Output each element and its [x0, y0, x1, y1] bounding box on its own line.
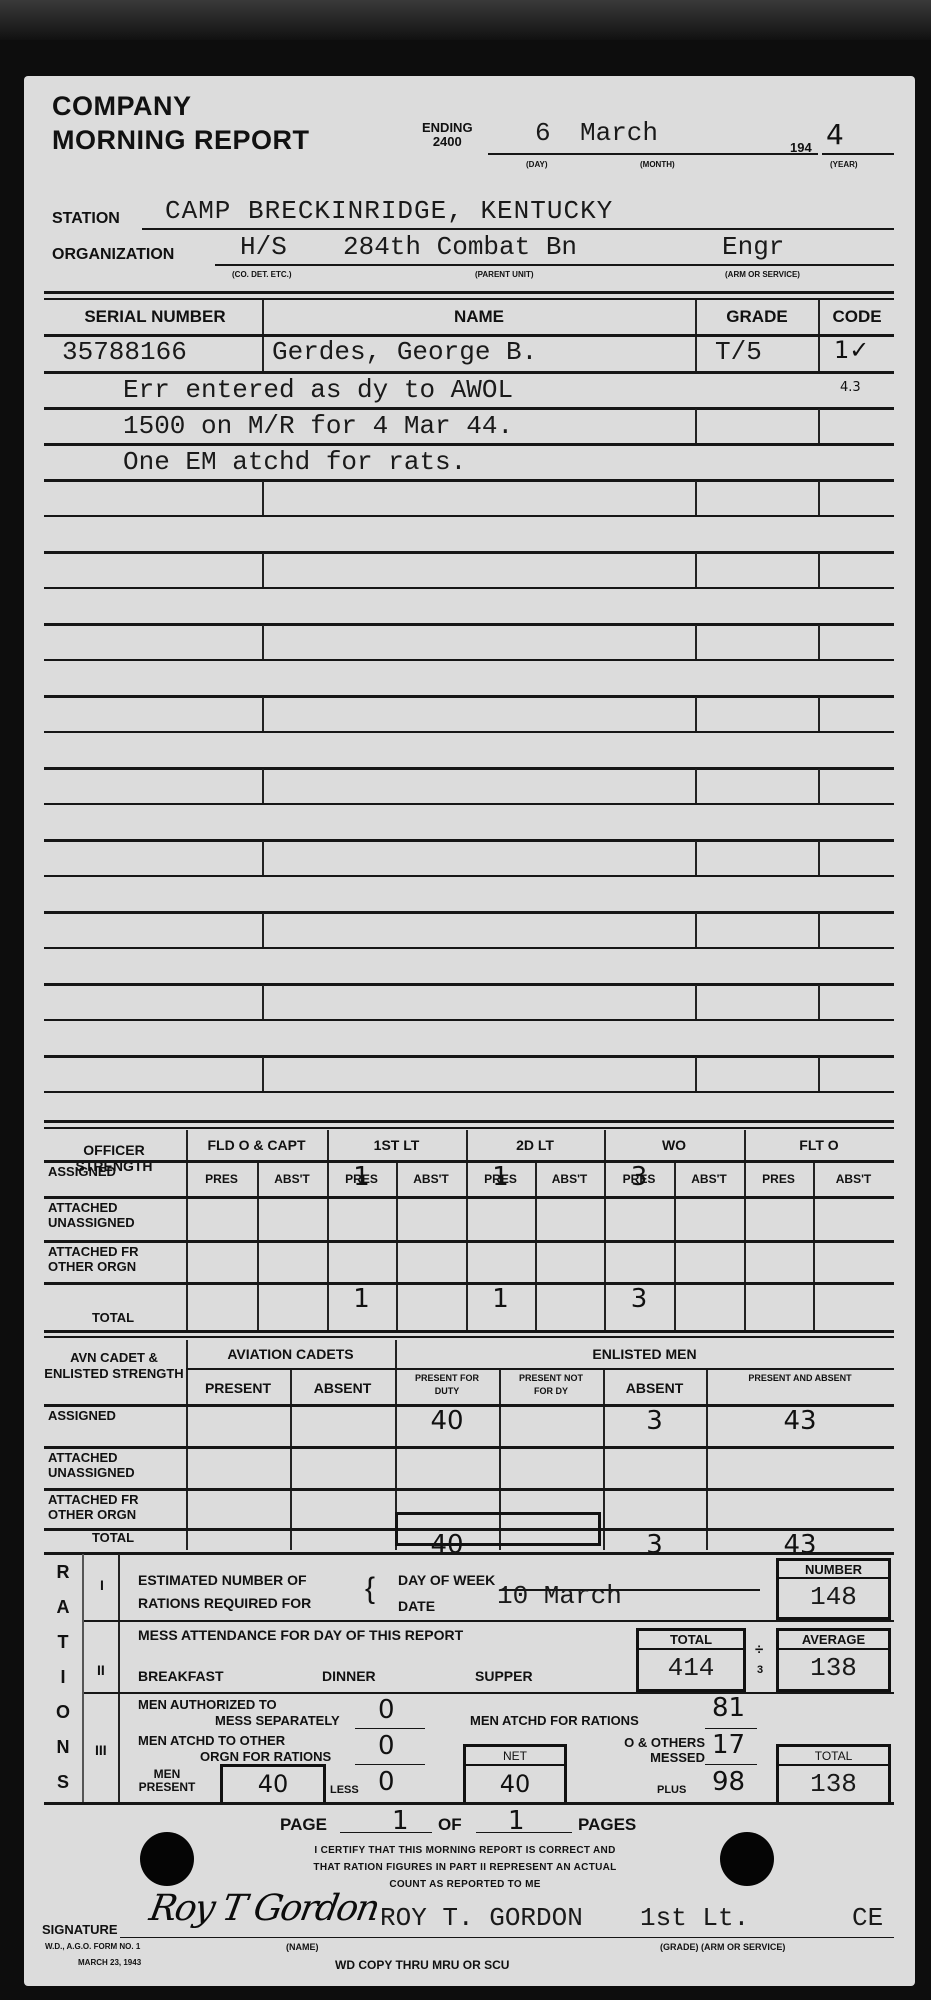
- part1-label-2: RATIONS REQUIRED FOR: [138, 1595, 311, 1611]
- binder-hole-left-icon: [140, 1832, 194, 1886]
- parent-caption: (PARENT UNIT): [475, 270, 534, 279]
- enlisted-subheader: ABSENT: [290, 1380, 395, 1396]
- rations-letter: N: [46, 1737, 80, 1758]
- officer-bottom-rule: [44, 1330, 894, 1333]
- name-header: NAME: [264, 307, 694, 327]
- rations-total-label: TOTAL: [779, 1747, 888, 1766]
- other-orgn-label-1: MEN ATCHD TO OTHER: [138, 1733, 285, 1748]
- officer-top-rule-2: [44, 1127, 894, 1129]
- officer-cell: 3: [604, 1162, 674, 1192]
- ruled-line-divider: [695, 1057, 697, 1091]
- net-label: NET: [466, 1747, 564, 1766]
- year-caption: (YEAR): [830, 160, 858, 169]
- certification-text: I CERTIFY THAT THIS MORNING REPORT IS CO…: [230, 1842, 700, 1893]
- officer-subheader: PRES: [744, 1172, 813, 1186]
- remark-rule-3: [44, 479, 894, 482]
- mess-total-label: TOTAL: [639, 1631, 743, 1650]
- scan-border-top: [0, 0, 931, 40]
- remark-rule-1: [44, 407, 894, 410]
- ruled-line-divider: [818, 1057, 820, 1091]
- enlisted-row-label: TOTAL: [48, 1530, 178, 1545]
- officer-subheader: ABS'T: [257, 1172, 327, 1186]
- ending-text: ENDING: [422, 121, 473, 135]
- atchd-rations-label: MEN ATCHD FOR RATIONS: [470, 1713, 639, 1728]
- officer-subheader: ABS'T: [674, 1172, 744, 1186]
- other-orgn-value: 0: [378, 1731, 395, 1761]
- remark-code-mark: 4.3: [840, 380, 861, 395]
- officer-subheader: ABS'T: [535, 1172, 604, 1186]
- supper-label: SUPPER: [475, 1668, 533, 1684]
- ruled-line-divider: [818, 769, 820, 803]
- officer-cell: 1: [466, 1162, 535, 1192]
- dinner-label: DINNER: [322, 1668, 376, 1684]
- certify-line-1: I CERTIFY THAT THIS MORNING REPORT IS CO…: [230, 1842, 700, 1859]
- enlisted-strength-title: AVN CADET & ENLISTED STRENGTH: [44, 1350, 184, 1382]
- officer-row-rule: [44, 1240, 894, 1243]
- organization-arm: Engr: [722, 232, 784, 262]
- organization-company: H/S: [240, 232, 287, 262]
- average-box: AVERAGE 138: [776, 1628, 891, 1692]
- ruled-line-divider: [695, 625, 697, 659]
- remark-divider-1a: [695, 409, 697, 443]
- enlisted-row-rule: [44, 1488, 894, 1491]
- mess-attendance-label: MESS ATTENDANCE FOR DAY OF THIS REPORT: [138, 1627, 463, 1643]
- ruled-line: [44, 515, 894, 517]
- ruled-line: [44, 1019, 894, 1021]
- entry-name: Gerdes, George B.: [272, 337, 537, 367]
- officer-subheader: ABS'T: [396, 1172, 466, 1186]
- ruled-line: [44, 623, 894, 626]
- signature-underline: [120, 1937, 894, 1938]
- officer-group-header: FLT O: [744, 1137, 894, 1153]
- remark-rule-2: [44, 443, 894, 446]
- officer-cell: 1: [466, 1284, 535, 1314]
- ruled-line: [44, 839, 894, 842]
- ruled-line-divider: [818, 625, 820, 659]
- others-messed-underline: [705, 1764, 757, 1765]
- day-caption: (DAY): [526, 160, 547, 169]
- mess-total-box: TOTAL 414: [636, 1628, 746, 1692]
- ruled-line-divider: [695, 985, 697, 1019]
- organization-label: ORGANIZATION: [52, 246, 174, 264]
- enlisted-subheader: PRESENT NOT FOR DY: [499, 1372, 603, 1398]
- officer-row-label: ASSIGNED: [48, 1164, 184, 1179]
- less-value: 0: [378, 1767, 395, 1797]
- others-messed-label-1: O & OTHERS: [620, 1735, 705, 1750]
- ruled-line-divider: [818, 985, 820, 1019]
- men-present-box: 40: [220, 1764, 326, 1802]
- roster-top-rule: [44, 291, 894, 294]
- station-underline: [142, 228, 894, 230]
- breakfast-label: BREAKFAST: [138, 1668, 224, 1684]
- enlisted-row-rule: [44, 1446, 894, 1449]
- enlisted-total-present-box: [395, 1512, 601, 1546]
- report-month: March: [580, 118, 658, 148]
- plus-value: 98: [712, 1767, 745, 1797]
- entry-code: 1✓: [834, 336, 869, 364]
- ruled-line-divider: [262, 1057, 264, 1091]
- ruled-line: [44, 587, 894, 589]
- part1-label-1: ESTIMATED NUMBER OF: [138, 1572, 307, 1588]
- officer-group-header: 1ST LT: [327, 1137, 466, 1153]
- page-label: PAGE: [280, 1815, 327, 1835]
- ruled-line-divider: [262, 697, 264, 731]
- roster-top-rule-2: [44, 298, 894, 300]
- handwritten-signature: Roy T Gordon: [146, 1888, 381, 1929]
- ruled-line-divider: [695, 697, 697, 731]
- ruled-line-divider: [695, 481, 697, 515]
- average-value: 138: [779, 1650, 888, 1687]
- ruled-line-divider: [818, 553, 820, 587]
- officer-subheader: PRES: [186, 1172, 257, 1186]
- remark-line-2: 1500 on M/R for 4 Mar 44.: [123, 411, 513, 441]
- ruled-line: [44, 551, 894, 554]
- ruled-line: [44, 947, 894, 949]
- page-underline: [340, 1832, 432, 1833]
- ruled-line-divider: [262, 913, 264, 947]
- form-number: W.D., A.G.O. FORM NO. 1: [45, 1942, 140, 1951]
- ending-time: 2400: [422, 135, 473, 149]
- other-orgn-underline: [355, 1764, 425, 1765]
- organization-underline: [215, 264, 894, 266]
- ruled-line: [44, 1091, 894, 1093]
- pages-label: PAGES: [578, 1815, 636, 1835]
- roster-row-rule: [44, 371, 894, 374]
- ration-number-value: 148: [779, 1579, 888, 1615]
- rations-letter: R: [46, 1562, 80, 1583]
- officer-group-header: 2D LT: [466, 1137, 604, 1153]
- part2-rule: [84, 1692, 894, 1694]
- ruled-line-divider: [695, 553, 697, 587]
- ruled-line: [44, 911, 894, 914]
- entry-serial: 35788166: [62, 337, 187, 367]
- rations-letter: S: [46, 1772, 80, 1793]
- year-prefix: 194: [790, 140, 812, 155]
- net-box: NET 40: [463, 1744, 567, 1803]
- part2-numeral: II: [97, 1662, 105, 1678]
- average-label: AVERAGE: [779, 1631, 888, 1650]
- enlisted-men-header: ENLISTED MEN: [395, 1346, 894, 1362]
- others-messed-label-2: MESSED: [620, 1750, 705, 1765]
- officer-subheader: ABS'T: [813, 1172, 894, 1186]
- signer-name: ROY T. GORDON: [380, 1903, 583, 1933]
- men-present-label: MEN PRESENT: [126, 1768, 208, 1794]
- form-title-line2: MORNING REPORT: [52, 124, 310, 157]
- enlisted-cell: 3: [603, 1406, 706, 1436]
- ruled-line-divider: [695, 913, 697, 947]
- form-date: MARCH 23, 1943: [78, 1958, 141, 1967]
- officer-top-rule: [44, 1120, 894, 1123]
- report-day: 6: [535, 118, 551, 148]
- enlisted-cell: 40: [395, 1406, 499, 1436]
- net-value: 40: [466, 1766, 564, 1802]
- organization-parent: 284th Combat Bn: [343, 232, 577, 262]
- rations-top-rule: [44, 1552, 894, 1555]
- enlisted-row-label: ASSIGNED: [48, 1408, 184, 1423]
- station-value: CAMP BRECKINRIDGE, KENTUCKY: [165, 196, 613, 226]
- ending-label: ENDING 2400: [422, 121, 473, 149]
- officer-cell: 1: [327, 1284, 396, 1314]
- ruled-line-divider: [262, 553, 264, 587]
- part1-rule: [84, 1620, 894, 1622]
- entry-grade: T/5: [715, 337, 762, 367]
- rations-bottom-rule: [44, 1802, 894, 1805]
- enlisted-row-label: ATTACHED UNASSIGNED: [48, 1450, 184, 1480]
- enlisted-column-divider: [706, 1368, 708, 1550]
- part3-numeral: III: [95, 1742, 107, 1758]
- ruled-line-divider: [262, 769, 264, 803]
- station-label: STATION: [52, 210, 120, 228]
- day-of-week-label: DAY OF WEEK: [398, 1572, 495, 1588]
- divisor-value: 3: [757, 1664, 763, 1676]
- form-title-line1: COMPANY: [52, 90, 192, 123]
- signer-grade: 1st Lt.: [640, 1903, 749, 1933]
- ruled-line: [44, 695, 894, 698]
- less-label: LESS: [330, 1784, 359, 1796]
- arm-caption: (ARM OR SERVICE): [725, 270, 800, 279]
- of-label: OF: [438, 1815, 462, 1835]
- ruled-line: [44, 731, 894, 733]
- ruled-line-divider: [695, 769, 697, 803]
- ruled-line: [44, 659, 894, 661]
- copy-note: WD COPY THRU MRU OR SCU: [335, 1958, 509, 1972]
- aviation-cadets-header: AVIATION CADETS: [186, 1346, 395, 1362]
- other-orgn-label-2: ORGN FOR RATIONS: [200, 1749, 331, 1764]
- rations-numeral-divider: [118, 1554, 120, 1802]
- year-digit: 4: [826, 118, 844, 151]
- officer-row-label: TOTAL: [48, 1310, 178, 1325]
- month-caption: (MONTH): [640, 160, 675, 169]
- name-caption: (NAME): [286, 1942, 319, 1952]
- grade-arm-caption: (GRADE) (ARM OR SERVICE): [660, 1942, 785, 1952]
- rations-total-box: TOTAL 138: [776, 1744, 891, 1803]
- officer-bottom-rule-2: [44, 1336, 894, 1338]
- ruled-line-divider: [818, 697, 820, 731]
- ruled-line: [44, 767, 894, 770]
- signature-label: SIGNATURE: [42, 1922, 118, 1937]
- rations-letter: A: [46, 1597, 80, 1618]
- atchd-rations-value: 81: [712, 1693, 745, 1723]
- rations-total-value: 138: [779, 1766, 888, 1802]
- ruled-line-divider: [262, 481, 264, 515]
- enlisted-cell: 43: [706, 1406, 894, 1436]
- remark-divider-1b: [818, 409, 820, 443]
- officer-cell: 1: [327, 1162, 396, 1192]
- remark-line-3: One EM atchd for rats.: [123, 447, 466, 477]
- ruled-line-divider: [695, 841, 697, 875]
- ruled-line: [44, 803, 894, 805]
- certify-line-2: THAT RATION FIGURES IN PART II REPRESENT…: [230, 1859, 700, 1876]
- enlisted-subheader: PRESENT AND ABSENT: [706, 1372, 894, 1385]
- plus-label: PLUS: [657, 1784, 686, 1796]
- auth-underline: [355, 1728, 425, 1729]
- officer-group-header: WO: [604, 1137, 744, 1153]
- officer-row-rule: [44, 1196, 894, 1199]
- serial-number-header: SERIAL NUMBER: [50, 307, 260, 327]
- rations-letter: O: [46, 1702, 80, 1723]
- ruled-line-divider: [262, 985, 264, 1019]
- pages-value: 1: [508, 1806, 525, 1836]
- men-present-label-2: PRESENT: [126, 1781, 208, 1794]
- enlisted-subheader: PRESENT: [186, 1380, 290, 1396]
- auth-value: 0: [378, 1695, 395, 1725]
- ration-number-box: NUMBER 148: [776, 1558, 891, 1620]
- officer-row-label: ATTACHED FR OTHER ORGN: [48, 1244, 184, 1274]
- ruled-line-divider: [262, 841, 264, 875]
- ruled-line: [44, 983, 894, 986]
- rations-letter: I: [46, 1667, 80, 1688]
- rations-letter: T: [46, 1632, 80, 1653]
- code-header: CODE: [820, 307, 894, 327]
- ruled-line-divider: [818, 841, 820, 875]
- enlisted-subheader: PRESENT FOR DUTY: [395, 1372, 499, 1398]
- signer-arm: CE: [852, 1903, 883, 1933]
- co-caption: (CO. DET. ETC.): [232, 270, 292, 279]
- remark-line-1: Err entered as dy to AWOL: [123, 375, 513, 405]
- binder-hole-right-icon: [720, 1832, 774, 1886]
- ration-number-label: NUMBER: [779, 1561, 888, 1579]
- officer-cell: 3: [604, 1284, 674, 1314]
- atchd-rations-underline: [705, 1728, 757, 1729]
- page-value: 1: [392, 1806, 409, 1836]
- brace-icon: {: [365, 1567, 375, 1611]
- enlisted-subheader-rule: [186, 1368, 894, 1370]
- auth-label-2: MESS SEPARATELY: [215, 1713, 340, 1728]
- auth-label-1: MEN AUTHORIZED TO: [138, 1697, 277, 1712]
- ruled-line: [44, 875, 894, 877]
- date-underline: [488, 153, 818, 155]
- men-present-value: 40: [223, 1767, 323, 1801]
- part1-numeral: I: [100, 1577, 104, 1593]
- enlisted-cell: 43: [706, 1530, 894, 1560]
- ruled-line-divider: [262, 625, 264, 659]
- enlisted-column-divider: [186, 1340, 188, 1550]
- year-underline: [822, 153, 894, 155]
- officer-group-header: FLD O & CAPT: [186, 1137, 327, 1153]
- ruled-line-divider: [818, 913, 820, 947]
- ration-date-value: 10 March: [497, 1581, 622, 1611]
- ruled-line-divider: [818, 481, 820, 515]
- enlisted-row-label: ATTACHED FR OTHER ORGN: [48, 1492, 184, 1522]
- grade-header: GRADE: [697, 307, 817, 327]
- ruled-line: [44, 1055, 894, 1058]
- enlisted-subheader: ABSENT: [603, 1380, 706, 1396]
- enlisted-cell: 3: [603, 1530, 706, 1560]
- date-label: DATE: [398, 1598, 435, 1614]
- divide-icon: ÷: [755, 1641, 763, 1658]
- mess-total-value: 414: [639, 1650, 743, 1687]
- rations-letter-divider: [82, 1554, 84, 1802]
- officer-row-label: ATTACHED UNASSIGNED: [48, 1200, 184, 1230]
- others-messed-value: 17: [712, 1730, 745, 1760]
